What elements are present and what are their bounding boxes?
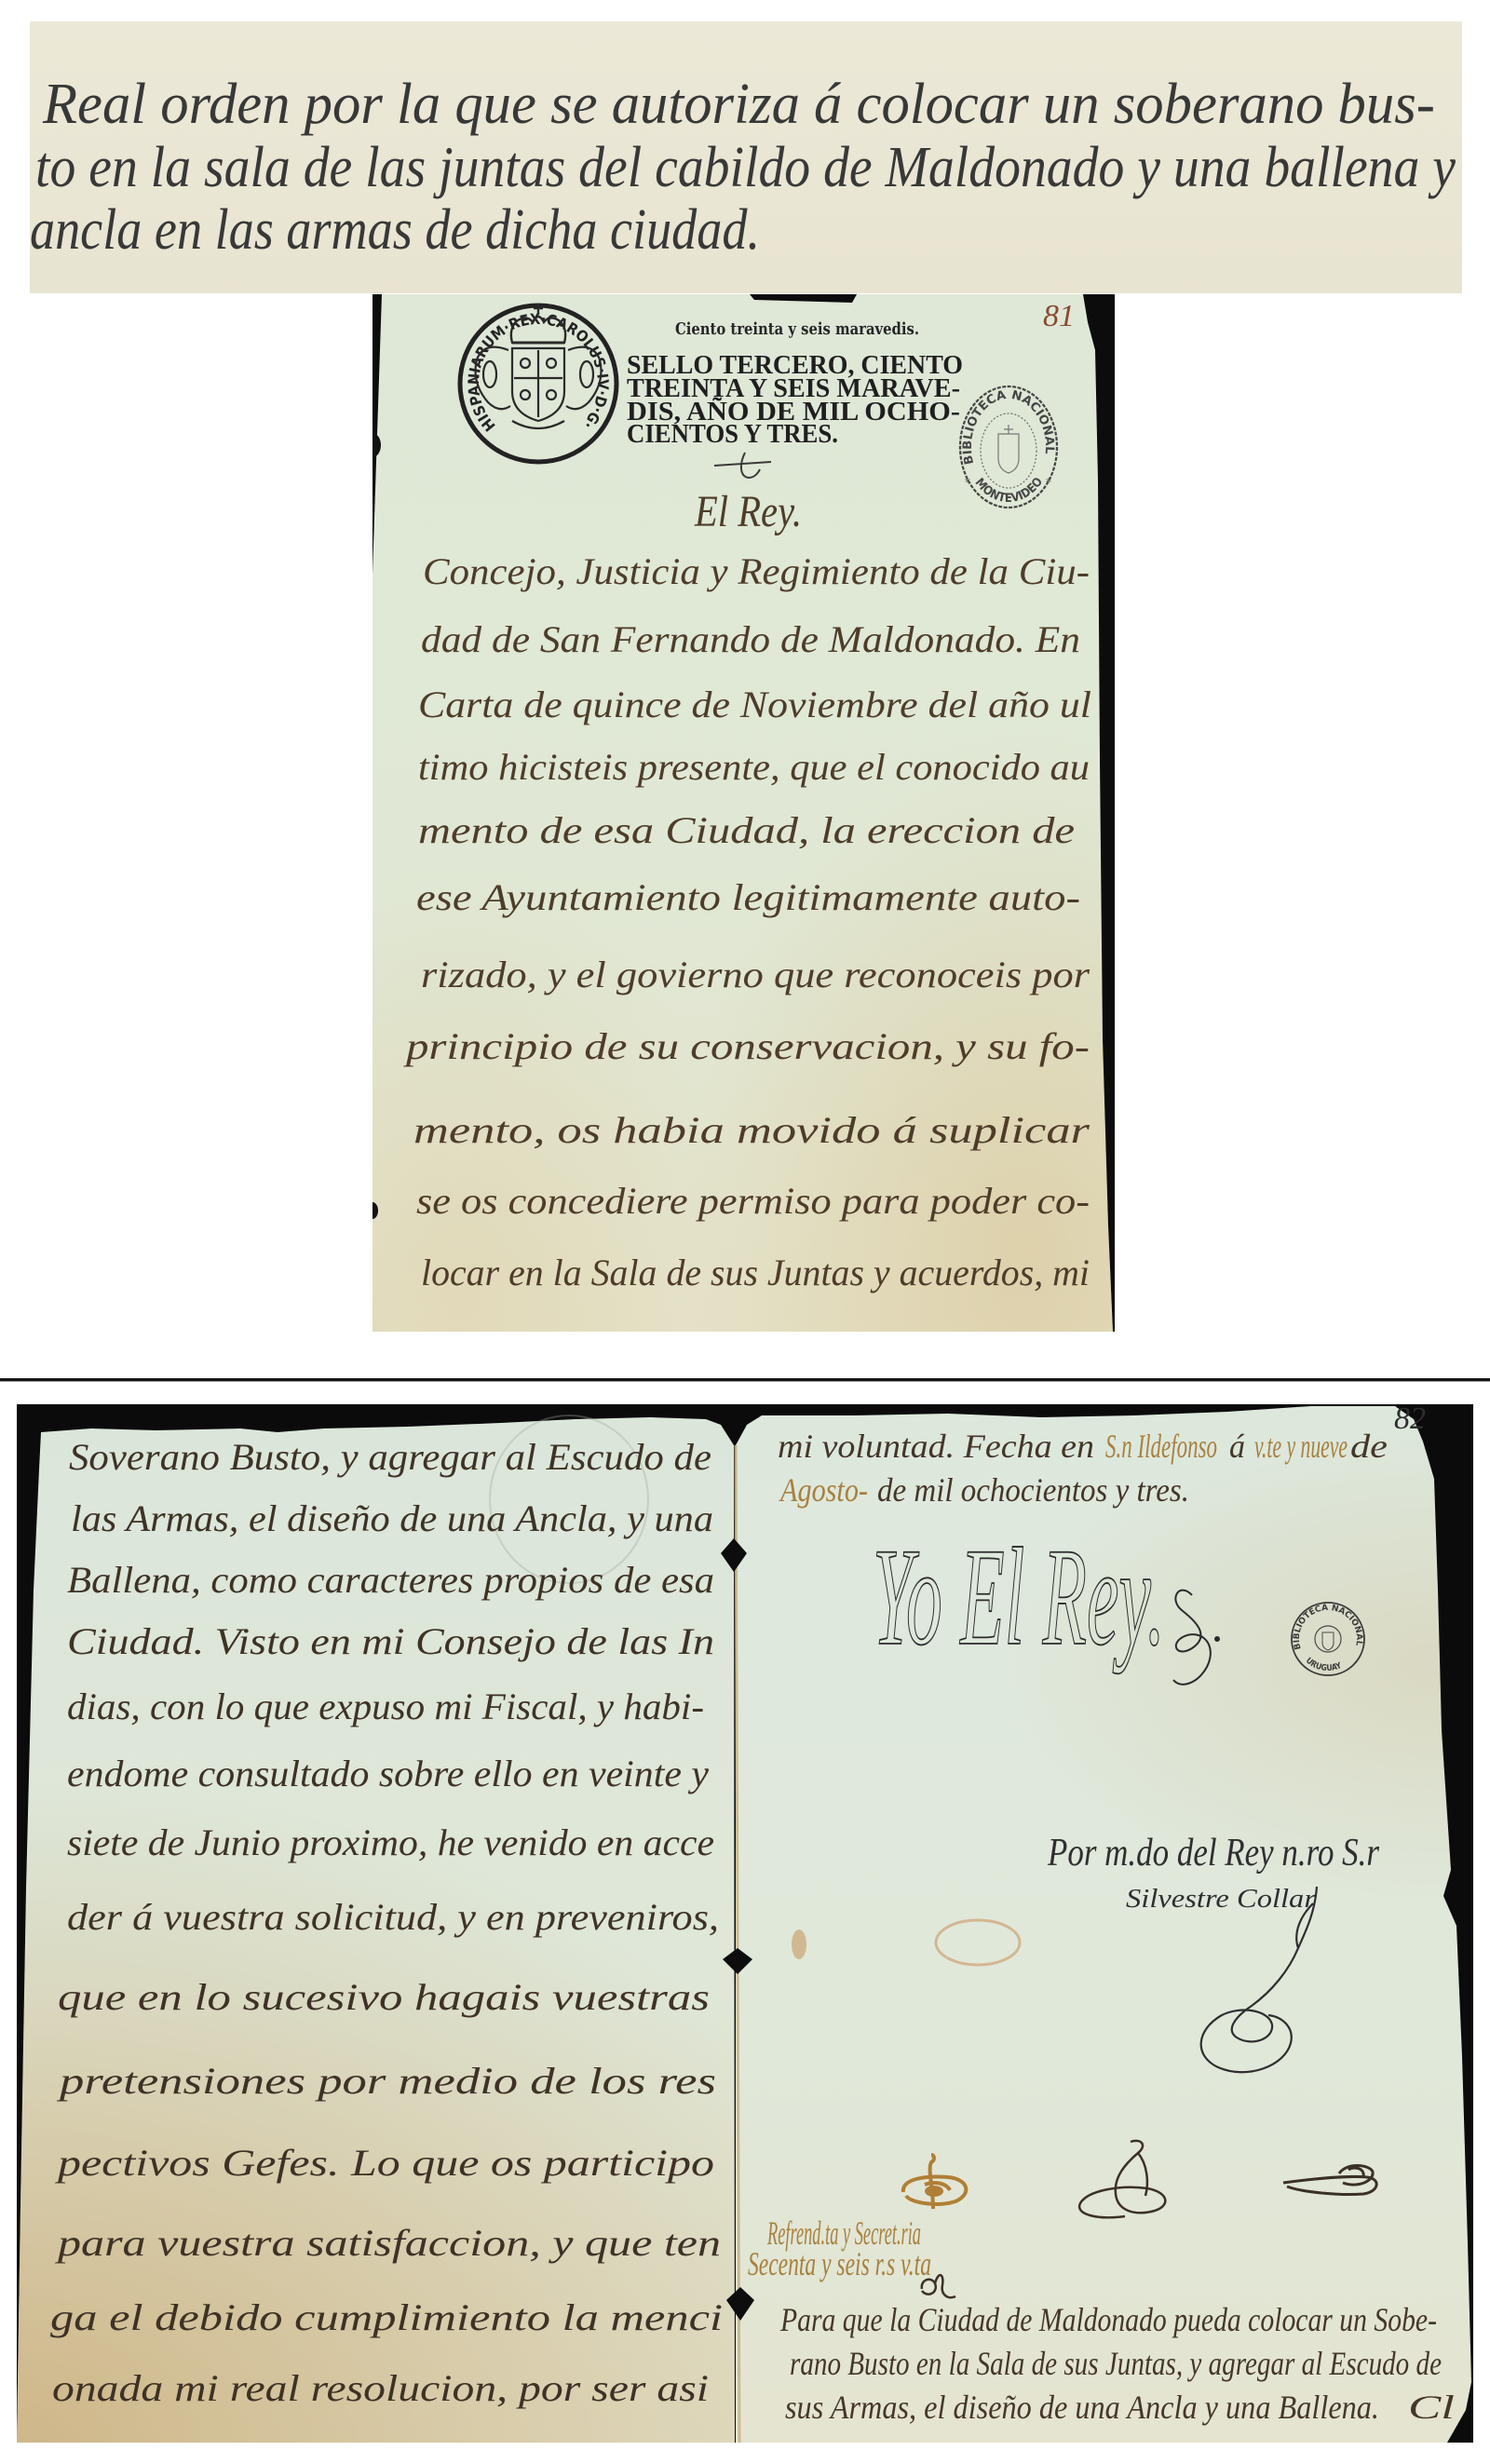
binding-hole <box>721 1538 747 1572</box>
margin-mark: Cl <box>1408 2389 1455 2426</box>
summary-line: sus Armas, el diseño de una Ancla y una … <box>785 2389 1379 2426</box>
left-page-line: onada mi real resolucion, por ser asi <box>52 2367 709 2409</box>
library-stamp-uruguay: BIBLIOTECA NACIONAL URUGUAY <box>1292 1603 1364 1675</box>
emblem-icon <box>1322 1632 1334 1650</box>
body-line: Concejo, Justicia y Regimiento de la Ciu… <box>423 550 1090 592</box>
coat-of-arms-icon <box>476 347 602 428</box>
page-canvas: Real orden por la que se autoriza á colo… <box>0 0 1490 2464</box>
royal-seal-stamp: HISPANIARUM·REX·CAROLUS·IV·D·G· <box>460 304 616 462</box>
body-line: dad de San Fernando de Maldonado. En <box>421 618 1080 660</box>
library-stamp-montevideo: BIBLIOTECA NACIONAL MONTEVIDEO * * <box>960 386 1057 508</box>
caption-line: to en la sala de las juntas del cabildo … <box>35 136 1456 199</box>
ring-stain <box>936 1920 1020 1965</box>
left-page-line: las Armas, el diseño de una Ancla, y una <box>71 1497 713 1539</box>
edge-tear <box>372 433 381 457</box>
date-line-segment: á <box>1229 1428 1245 1465</box>
left-page-line: ga el debido cumplimiento la menci <box>50 2296 723 2338</box>
secretary-rubric-icon <box>1201 1887 1317 2072</box>
stamp-line: CIENTOS Y TRES. <box>627 420 838 449</box>
body-line: mento, os habia movido á suplicar <box>413 1109 1090 1151</box>
body-line: timo hicisteis presente, que el conocido… <box>418 746 1090 788</box>
folio-81-content: HISPANIARUM·REX·CAROLUS·IV·D·G· <box>372 294 1115 1332</box>
left-page-line: que en lo sucesivo hagais vuestras <box>58 1976 710 2018</box>
left-page-line: der á vuestra solicitud, y en preveniros… <box>67 1896 719 1938</box>
left-page-line: siete de Junio proximo, he venido en acc… <box>67 1821 714 1863</box>
heading-el-rey: El Rey. <box>694 487 802 536</box>
edge-tear <box>372 1202 378 1219</box>
caption-line: Real orden por la que se autoriza á colo… <box>42 73 1435 136</box>
body-line: Carta de quince de Noviembre del año ul <box>418 684 1091 725</box>
body-line: rizado, y el govierno que reconoceis por <box>421 954 1090 995</box>
stamp-text-top-path: BIBLIOTECA NACIONAL <box>1293 1604 1363 1651</box>
stamp-text-top: BIBLIOTECA NACIONAL <box>1293 1604 1363 1651</box>
asterisk-icon: * <box>1046 476 1051 489</box>
rubric-icon <box>1283 2166 1376 2195</box>
stamp-text-bottom: MONTEVIDEO <box>972 475 1046 506</box>
stamp-price-line: Ciento treinta y seis maravedis. <box>675 319 919 339</box>
document-folio-81: HISPANIARUM·REX·CAROLUS·IV·D·G· <box>372 294 1115 1332</box>
summary-line: rano Busto en la Sala de sus Juntas, y a… <box>790 2345 1442 2382</box>
left-page-line: pretensiones por medio de los res <box>56 2060 716 2102</box>
date-line-day: v.te y nueve <box>1254 1428 1348 1465</box>
rubric-marks <box>903 2141 1376 2297</box>
date-line-place: S.n Ildefonso <box>1105 1428 1217 1465</box>
left-page-line: Soverano Busto, y agregar al Escudo de <box>69 1436 711 1478</box>
folio-number: 81 <box>1043 299 1075 333</box>
document-folio-82: Soverano Busto, y agregar al Escudo de l… <box>17 1404 1473 2443</box>
separator-line <box>0 1378 1490 1382</box>
asterisk-icon: * <box>965 476 970 489</box>
gold-rubric-icon <box>903 2155 966 2209</box>
body-line: principio de su conservacion, y su fo- <box>402 1025 1090 1067</box>
signature-dot <box>1214 1636 1220 1642</box>
body-line: ese Ayuntamiento legitimamente auto- <box>416 876 1080 918</box>
left-page-line: endome consultado sobre ello en veinte y <box>67 1753 709 1794</box>
date-line-segment: de <box>1350 1428 1388 1465</box>
cross-mark-icon <box>714 453 771 478</box>
countersignature: Por m.do del Rey n.ro S.r <box>1047 1832 1379 1875</box>
body-line: mento de esa Ciudad, la ereccion de <box>418 809 1075 851</box>
folio-82-content: Soverano Busto, y agregar al Escudo de l… <box>17 1404 1473 2443</box>
stamp-inner-ring <box>1315 1626 1341 1652</box>
caption-banner: Real orden por la que se autoriza á colo… <box>30 21 1462 293</box>
caption-line: ancla en las armas de dicha ciudad. <box>30 198 760 262</box>
signature-flourish-icon <box>1173 1591 1211 1685</box>
royal-signature: Yo El Rey. <box>873 1520 1165 1674</box>
date-line-month: Agosto- <box>779 1471 868 1509</box>
caption-text-layer: Real orden por la que se autoriza á colo… <box>30 21 1462 293</box>
emblem-icon <box>998 425 1019 473</box>
stamp-text-bottom-path: MONTEVIDEO <box>972 475 1046 506</box>
left-page-line: Ballena, como caracteres propios de esa <box>67 1559 714 1601</box>
left-page-line: pectivos Gefes. Lo que os participo <box>54 2142 714 2184</box>
summary-line: Para que la Ciudad de Maldonado pueda co… <box>779 2301 1437 2338</box>
binding-hole <box>723 1948 752 1974</box>
body-line: se os concediere permiso para poder co- <box>416 1180 1090 1222</box>
folio-number: 82 <box>1394 1404 1426 1436</box>
left-page-line: para vuestra satisfaccion, y que ten <box>54 2222 721 2264</box>
left-page-line: dias, con lo que expuso mi Fiscal, y hab… <box>67 1686 704 1727</box>
body-line: locar en la Sala de sus Juntas y acuerdo… <box>421 1252 1090 1293</box>
fee-note: Secenta y seis r.s v.ta <box>748 2245 931 2282</box>
date-line-year: de mil ochocientos y tres. <box>877 1471 1189 1509</box>
ink-stain <box>792 1929 806 1959</box>
gold-rubric-blot <box>925 2186 943 2197</box>
binding-hole <box>726 2287 754 2321</box>
rubric-icon <box>1079 2141 1165 2217</box>
secretary-name: Silvestre Collar <box>1126 1885 1316 1914</box>
date-line-segment: mi voluntad. Fecha en <box>778 1428 1094 1465</box>
left-page-line: Ciudad. Visto en mi Consejo de las In <box>67 1620 714 1662</box>
